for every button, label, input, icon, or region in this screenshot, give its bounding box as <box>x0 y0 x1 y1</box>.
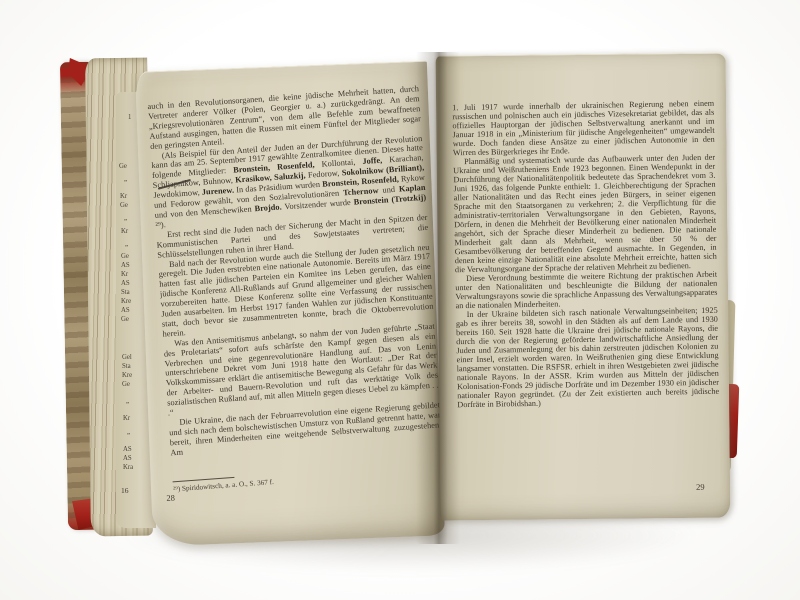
book-photo: auch in den Revolutionsorganen, die kein… <box>0 0 800 600</box>
right-page-text: 1. Juli 1917 wurde innerhalb der ukraini… <box>452 99 721 486</box>
under-page-number: 16 <box>121 486 129 495</box>
left-page-number: 28 <box>166 493 175 503</box>
left-page-text: auch in den Revolutionsorganen, die kein… <box>147 84 444 483</box>
right-page: 1. Juli 1917 wurde innerhalb der ukraini… <box>436 52 731 520</box>
right-page-number: 29 <box>696 482 705 492</box>
left-page: auch in den Revolutionsorganen, die kein… <box>135 61 445 547</box>
